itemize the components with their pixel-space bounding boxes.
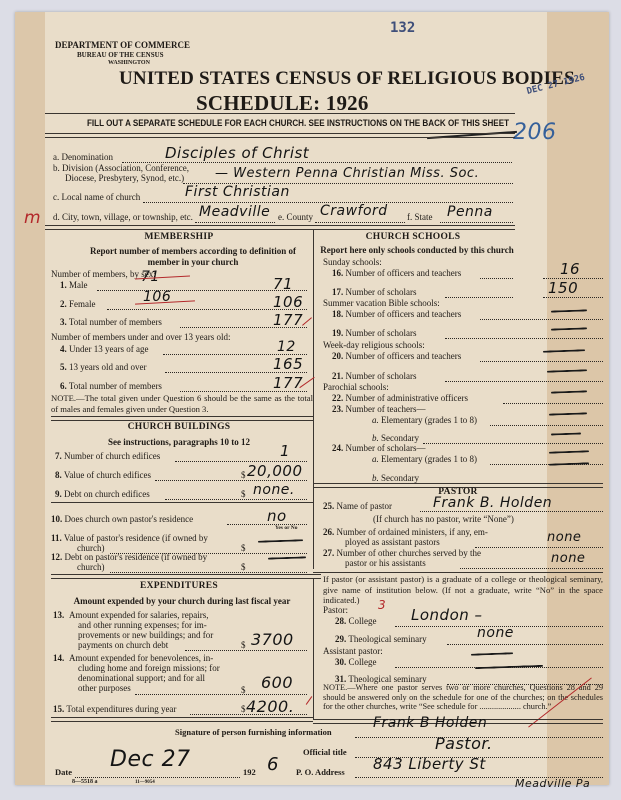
form-code: 8—5518 a — [72, 779, 98, 785]
asst-seminary-blank[interactable] — [475, 665, 543, 669]
fill-line — [480, 319, 603, 320]
item-26-num: 26. — [323, 527, 334, 537]
graduate-instructions: If pastor (or assistant pastor) is a gra… — [323, 574, 603, 606]
item-20-num: 20. — [332, 351, 343, 361]
column-divider — [313, 229, 314, 569]
summer-schools-label: Summer vacation Bible schools: — [323, 298, 440, 309]
division-value[interactable]: — Western Penna Christian Miss. Soc. — [215, 166, 479, 181]
item-29-num: 29. — [335, 634, 346, 644]
parochial-admin-label: Number of administrative officers — [346, 393, 469, 403]
address-line2-value[interactable]: Meadville Pa — [515, 777, 590, 790]
pastor-name-label: Name of pastor — [337, 501, 392, 511]
weekday-officers-label: Number of officers and teachers — [346, 351, 462, 361]
fill-line — [110, 572, 307, 573]
item-12-num: 12. — [51, 552, 62, 562]
fill-line — [423, 443, 603, 444]
teachers-elementary-label: Elementary (grades 1 to 8) — [381, 415, 477, 425]
ordained-value[interactable]: none — [547, 530, 581, 545]
item-28-num: 28. — [335, 616, 346, 626]
item-18-num: 18. — [332, 309, 343, 319]
item-30-num: 30. — [335, 657, 346, 667]
city-value[interactable]: Meadville — [199, 204, 270, 220]
fill-line — [445, 381, 603, 382]
item-13-line4: payments on church debt — [78, 640, 168, 651]
weekday-schools-label: Week-day religious schools: — [323, 340, 425, 351]
fill-line — [480, 361, 603, 362]
sunday-scholars-value[interactable]: 150 — [548, 279, 578, 297]
owns-residence-value[interactable]: no — [267, 507, 287, 525]
item-10-num: 10. — [51, 514, 62, 524]
date-value[interactable]: Dec 27 — [110, 747, 191, 772]
residence-debt-label-2: church) — [77, 562, 104, 573]
residence-debt-blank[interactable] — [268, 556, 306, 559]
total-expenditures-label: Total expenditures during year — [66, 704, 176, 714]
sunday-officers-label: Number of officers and teachers — [346, 268, 462, 278]
print-code: 11—9054 — [135, 780, 155, 785]
parochial-teachers-label: Number of teachers— — [346, 404, 426, 414]
red-checkmark — [302, 317, 312, 325]
address-line1-value[interactable]: 843 Liberty St — [373, 755, 486, 773]
item-24-num: 24. — [332, 443, 343, 453]
ordained-label: Number of ordained ministers, if any, em… — [337, 527, 488, 537]
pastor-note: NOTE.—Where one pastor serves two or mor… — [323, 683, 603, 712]
item-23b-num: b. — [372, 433, 379, 443]
college-value[interactable]: London – — [411, 606, 483, 624]
item-22-num: 22. — [332, 393, 343, 403]
total-members-label: Total number of members — [69, 317, 162, 327]
sunday-scholars-label: Number of scholars — [346, 287, 417, 297]
divider — [51, 574, 321, 579]
fill-line — [543, 297, 603, 298]
item-11-num: 11. — [51, 533, 62, 543]
item-3-num: 3. — [60, 317, 67, 327]
census-schedule-sheet: 132 DEPARTMENT OF COMMERCE BUREAU OF THE… — [15, 12, 609, 785]
schools-title: CHURCH SCHOOLS — [313, 232, 513, 242]
divider — [313, 572, 603, 573]
edifices-value[interactable]: 1 — [280, 442, 290, 460]
item-14-num: 14. — [53, 653, 64, 663]
stamp-number: 132 — [390, 20, 415, 36]
total-expenditures-value[interactable]: 4200. — [246, 697, 294, 716]
item-24a-num: a. — [372, 454, 379, 464]
item-1-num: 1. — [60, 280, 67, 290]
over-13-label: 13 years old and over — [69, 362, 146, 372]
form-title: UNITED STATES CENSUS OF RELIGIOUS BODIES — [119, 68, 575, 90]
buildings-subtitle: See instructions, paragraphs 10 to 12 — [45, 437, 313, 448]
female-label: Female — [69, 299, 96, 309]
owns-residence-label: Does church own pastor's residence — [65, 514, 194, 524]
over-13-value[interactable]: 165 — [273, 355, 303, 373]
sunday-officers-value[interactable]: 16 — [560, 260, 580, 278]
male-label: Male — [69, 280, 88, 290]
item-19-num: 19. — [332, 328, 343, 338]
item-25-num: 25. — [323, 501, 334, 511]
item-23-num: 23. — [332, 404, 343, 414]
address-label: P. O. Address — [296, 767, 345, 778]
parochial-schools-label: Parochial schools: — [323, 382, 389, 393]
state-label: f. State — [407, 212, 433, 223]
fill-line — [155, 480, 307, 481]
total-members-2-value[interactable]: 177 — [273, 374, 303, 392]
signature-label: Signature of person furnishing informati… — [175, 727, 332, 738]
fill-line — [460, 568, 603, 569]
divider — [45, 113, 515, 114]
fill-line — [185, 650, 307, 651]
other-churches-label-2: pastor or his assistants — [345, 558, 426, 569]
edifice-value[interactable]: 20,000 — [247, 462, 303, 480]
item-7-num: 7. — [55, 451, 62, 461]
item-15-num: 15. — [53, 704, 64, 714]
fill-line — [445, 338, 603, 339]
divider — [51, 717, 313, 722]
official-title-label: Official title — [303, 747, 347, 758]
local-name-label: c. Local name of church — [53, 192, 140, 203]
item-16-num: 16. — [332, 268, 343, 278]
weekday-scholars-label: Number of scholars — [346, 371, 417, 381]
teachers-secondary-label: Secondary — [381, 433, 419, 443]
red-checkmark — [306, 696, 313, 705]
college-label: College — [349, 616, 377, 626]
residence-value-blank[interactable] — [258, 539, 303, 543]
parochial-scholars-label: Number of scholars— — [346, 443, 426, 453]
item-9-num: 9. — [55, 489, 62, 499]
edifice-debt-value[interactable]: none. — [253, 482, 295, 498]
edifice-value-label: Value of church edifices — [64, 470, 151, 480]
divider — [45, 225, 515, 230]
assistant-label: Assistant pastor: — [323, 646, 383, 657]
seminary-value[interactable]: none — [477, 625, 514, 641]
item-17-num: 17. — [332, 287, 343, 297]
expenditures-subtitle: Amount expended by your church during la… — [51, 596, 313, 607]
official-title-value[interactable]: Pastor. — [435, 734, 493, 753]
item-6-num: 6. — [60, 381, 67, 391]
red-margin-mark: m — [24, 208, 41, 228]
expenditures-title: EXPENDITURES — [45, 581, 313, 591]
divider — [51, 416, 313, 421]
division-label-2: Diocese, Presbytery, Synod, etc.) — [65, 173, 184, 184]
fill-line — [490, 425, 603, 426]
paper-edge-left — [15, 12, 45, 785]
edifices-label: Number of church edifices — [64, 451, 160, 461]
fill-line — [165, 499, 307, 500]
asst-college-label: College — [349, 657, 377, 667]
item-21-num: 21. — [332, 371, 343, 381]
membership-title: MEMBERSHIP — [45, 232, 313, 242]
asst-college-blank[interactable] — [471, 652, 513, 655]
department-name: DEPARTMENT OF COMMERCE — [55, 40, 190, 50]
sunday-schools-label: Sunday schools: — [323, 257, 382, 268]
scholars-secondary-label: Secondary — [381, 473, 419, 483]
total-members-2-label: Total number of members — [69, 381, 162, 391]
city-name: WASHINGTON — [108, 60, 150, 66]
seminary-label: Theological seminary — [348, 634, 426, 644]
age-label: Number of members under and over 13 year… — [51, 332, 230, 343]
year-digit-value[interactable]: 6 — [267, 754, 279, 775]
divider — [51, 502, 313, 503]
date-label: Date — [55, 767, 72, 778]
item-2-num: 2. — [60, 299, 67, 309]
under-13-label: Under 13 years of age — [69, 344, 148, 354]
fill-line — [440, 222, 513, 223]
fill-line — [315, 222, 405, 223]
membership-note: NOTE.—The total given under Question 6 s… — [51, 393, 313, 414]
schools-subtitle: Report here only schools conducted by th… — [317, 245, 517, 256]
under-13-value[interactable]: 12 — [277, 339, 296, 355]
signature-value[interactable]: Frank B Holden — [373, 715, 487, 731]
column-divider — [313, 578, 314, 720]
instruction-banner: FILL OUT A SEPARATE SCHEDULE FOR EACH CH… — [87, 118, 509, 129]
item-23a-num: a. — [372, 415, 379, 425]
other-churches-value[interactable]: none — [551, 551, 585, 566]
membership-subtitle: Report number of members according to de… — [73, 246, 313, 268]
bureau-name: BUREAU OF THE CENSUS — [77, 51, 164, 59]
pastor-name-value[interactable]: Frank B. Holden — [433, 495, 552, 511]
summer-officers-label: Number of officers and teachers — [346, 309, 462, 319]
fill-line — [420, 511, 603, 512]
fill-line — [480, 278, 513, 279]
benevolences-value[interactable]: 600 — [261, 673, 293, 692]
fill-line — [447, 644, 603, 645]
fill-line — [195, 222, 275, 223]
residence-debt-label: Debt on pastor's residence (if owned by — [65, 552, 208, 562]
fill-line — [445, 297, 513, 298]
edifice-debt-label: Debt on church edifices — [64, 489, 150, 499]
item-4-num: 4. — [60, 344, 67, 354]
blue-number: 206 — [513, 120, 557, 145]
male-value[interactable]: 71 — [273, 275, 293, 293]
fill-line — [135, 694, 307, 695]
denomination-label: a. Denomination — [53, 152, 113, 163]
city-label: d. City, town, village, or township, etc… — [53, 212, 193, 223]
county-label: e. County — [278, 212, 313, 223]
ordained-label-2: ployed as assistant pastors — [345, 537, 440, 548]
buildings-title: CHURCH BUILDINGS — [45, 422, 313, 432]
denomination-value[interactable]: Disciples of Christ — [165, 144, 309, 162]
item-13-num: 13. — [53, 610, 64, 620]
total-members-value[interactable]: 177 — [273, 311, 303, 329]
running-expenses-value[interactable]: 3700 — [251, 630, 294, 649]
scholars-elementary-label: Elementary (grades 1 to 8) — [381, 454, 477, 464]
fill-line — [503, 403, 603, 404]
item-8-num: 8. — [55, 470, 62, 480]
yes-no-hint: Yes or No — [275, 525, 298, 531]
pastor-red-mark: 3 — [378, 598, 386, 612]
female-value[interactable]: 106 — [273, 293, 303, 311]
fill-line — [475, 547, 603, 548]
item-5-num: 5. — [60, 362, 67, 372]
residence-value-label: Value of pastor's residence (if owned by — [64, 533, 208, 543]
fill-line — [75, 777, 240, 778]
item-27-num: 27. — [323, 548, 334, 558]
pastor-name-hint: (If church has no pastor, write “None”) — [373, 514, 514, 525]
item-24b-num: b. — [372, 473, 379, 483]
state-value[interactable]: Penna — [447, 204, 493, 220]
local-name-value[interactable]: First Christian — [185, 184, 290, 200]
summer-scholars-label: Number of scholars — [346, 328, 417, 338]
other-churches-label: Number of other churches served by the — [337, 548, 481, 558]
year-prefix: 192 — [243, 767, 256, 778]
item-14-line4: other purposes — [78, 683, 131, 694]
county-value[interactable]: Crawford — [320, 203, 388, 219]
divider — [45, 133, 515, 138]
pastor-label: Pastor: — [323, 605, 348, 616]
